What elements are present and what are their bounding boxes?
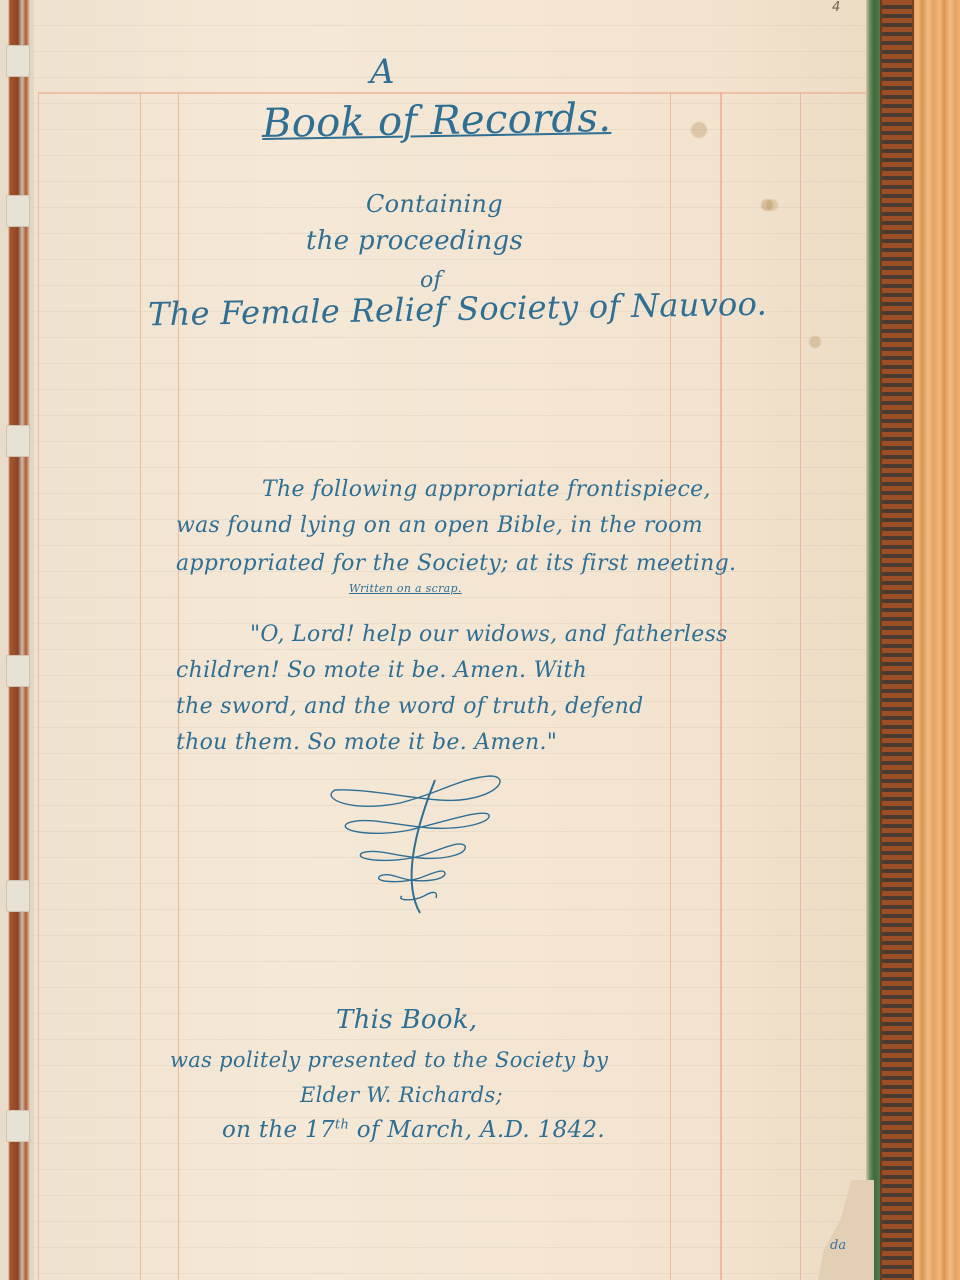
date-suffix-sup: th — [335, 1117, 349, 1132]
binding-stitch — [6, 655, 30, 687]
margin-rule-line — [140, 92, 141, 1280]
closing-date-line: on the 17th of March, A.D. 1842. — [222, 1117, 605, 1143]
column-rule-line — [720, 92, 722, 1280]
closing-title: This Book, — [336, 1005, 477, 1035]
header-rule-line — [38, 92, 866, 94]
page-title-text: Book of Records. — [262, 95, 612, 147]
prayer-line: "O, Lord! help our widows, and fatherles… — [250, 622, 728, 647]
closing-line: Elder W. Richards; — [300, 1083, 503, 1107]
closing-line: was politely presented to the Society by — [170, 1048, 608, 1072]
torn-page-corner — [818, 1180, 874, 1280]
binding-stitch — [6, 425, 30, 457]
binding-stitch — [6, 195, 30, 227]
scrap-note: Written on a scrap. — [349, 582, 462, 595]
paragraph-line: was found lying on an open Bible, in the… — [176, 513, 703, 538]
binding-stitch — [6, 880, 30, 912]
prayer-line: children! So mote it be. Amen. With — [176, 658, 587, 683]
binding-stitch — [6, 1110, 30, 1142]
book-cover-edge — [866, 0, 880, 1280]
subtitle-containing: Containing — [366, 190, 503, 218]
date-prefix: on the 17 — [222, 1117, 335, 1143]
paragraph-line: appropriated for the Society; at its fir… — [176, 551, 736, 576]
column-rule-line — [670, 92, 671, 1280]
date-rest: of March, A.D. 1842. — [349, 1117, 605, 1143]
calligraphic-flourish-icon — [310, 768, 520, 918]
book-binding-strip — [0, 0, 34, 1280]
subtitle-of: of — [420, 268, 442, 293]
paragraph-line: The following appropriate frontispiece, — [262, 477, 711, 502]
book-spine-edge — [880, 0, 914, 1280]
page-title: Book of Records. — [262, 95, 612, 147]
margin-rule-line — [178, 92, 179, 1280]
prayer-line: thou them. So mote it be. Amen." — [176, 730, 557, 755]
title-article: A — [370, 52, 395, 92]
margin-rule-line — [38, 92, 39, 1280]
prayer-line: the sword, and the word of truth, defend — [176, 694, 643, 719]
binding-stitch — [6, 45, 30, 77]
column-rule-line — [800, 92, 801, 1280]
subtitle-proceedings: the proceedings — [306, 226, 523, 256]
page-number: 4 — [832, 0, 840, 15]
corner-mark: da — [830, 1238, 846, 1253]
